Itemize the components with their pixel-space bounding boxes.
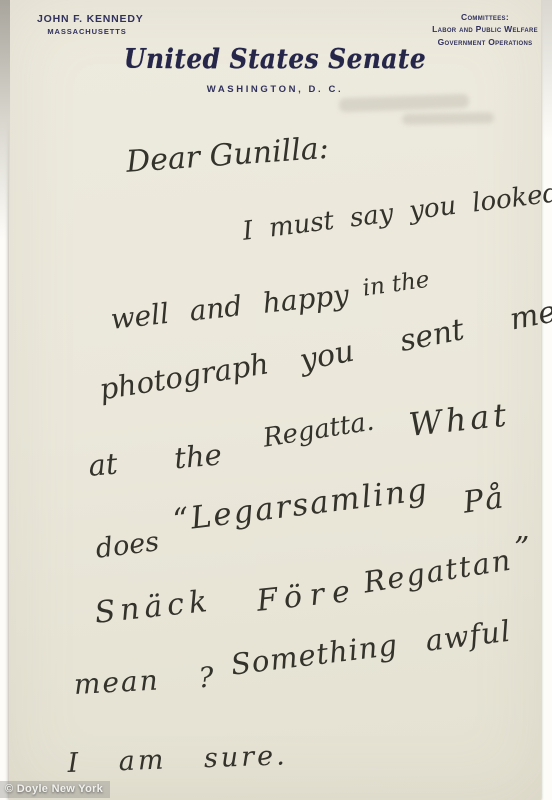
committee-item: Labor and Public Welfare — [420, 23, 550, 35]
letterhead-sender-block: JOHN F. KENNEDY MASSACHUSETTS — [37, 13, 137, 36]
handwriting-fragment: Regattan — [361, 543, 515, 600]
handwriting-fragment: does — [94, 526, 161, 564]
ink-showthrough-mark — [402, 112, 494, 125]
handwriting-fragment: “Legarsamling — [171, 472, 431, 539]
handwriting-fragment: in the — [361, 267, 431, 302]
sender-name: JOHN F. KENNEDY — [37, 13, 137, 25]
sender-state: MASSACHUSETTS — [37, 27, 137, 36]
handwriting-fragment: Something awful — [229, 614, 513, 682]
committees-heading: Committees: — [420, 11, 550, 23]
handwriting-fragment: I am sure. — [67, 740, 288, 779]
handwriting-fragment: I must say you looked — [241, 178, 552, 247]
handwriting-fragment: at the — [87, 437, 223, 483]
senate-title: United States Senate — [30, 44, 519, 75]
letterhead-committees-block: Committees: Labor and Public Welfare Gov… — [420, 11, 550, 48]
auction-house-watermark: © Doyle New York — [0, 781, 110, 798]
handwriting-fragment: photograph — [97, 346, 271, 406]
handwriting-fragment: Snäck — [93, 584, 214, 631]
handwriting-fragment: What — [407, 395, 512, 443]
handwriting-fragment: well and happy — [109, 278, 350, 336]
handwriting-fragment: På — [461, 480, 508, 521]
handwriting-fragment: ” — [514, 531, 529, 566]
handwriting-fragment: Regatta. — [261, 407, 376, 454]
letter-paper: JOHN F. KENNEDY MASSACHUSETTS Committees… — [9, 0, 541, 800]
handwriting-fragment: Dear Gunilla: — [125, 131, 330, 180]
ink-showthrough-mark — [339, 94, 469, 113]
handwriting-fragment: mean ? — [73, 661, 216, 701]
handwriting-fragment: Före — [255, 573, 359, 618]
letter-photo: JOHN F. KENNEDY MASSACHUSETTS Committees… — [0, 0, 552, 800]
